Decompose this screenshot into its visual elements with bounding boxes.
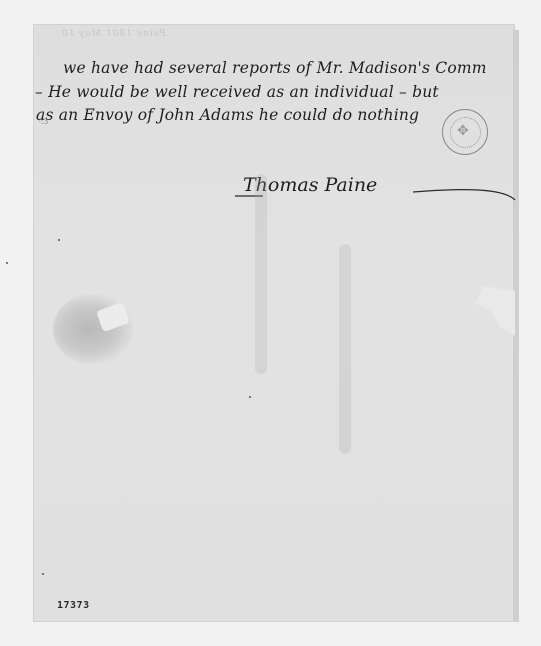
ink-speck <box>58 239 60 241</box>
ink-speck <box>6 262 8 264</box>
eagle-seal-icon: ✥ <box>457 123 469 139</box>
letter-line-3: as an Envoy of John Adams he could do no… <box>36 106 419 124</box>
bleed-through-mark <box>255 174 267 374</box>
bleed-through-header: Paine 1801 May 10 <box>61 29 166 39</box>
letter-line-2: – He would be well received as an indivi… <box>35 83 439 101</box>
catalog-number: 17373 <box>57 600 90 611</box>
bleed-through-mark <box>339 244 351 454</box>
ink-speck <box>249 396 251 398</box>
margin-mark: ·:3 <box>38 117 48 126</box>
library-seal-stamp: ✥ <box>442 109 488 155</box>
letter-line-1: we have had several reports of Mr. Madis… <box>63 59 487 77</box>
ink-speck <box>42 573 44 575</box>
paper-tear <box>475 286 515 336</box>
letter-page: Paine 1801 May 10 we have had several re… <box>33 24 515 622</box>
